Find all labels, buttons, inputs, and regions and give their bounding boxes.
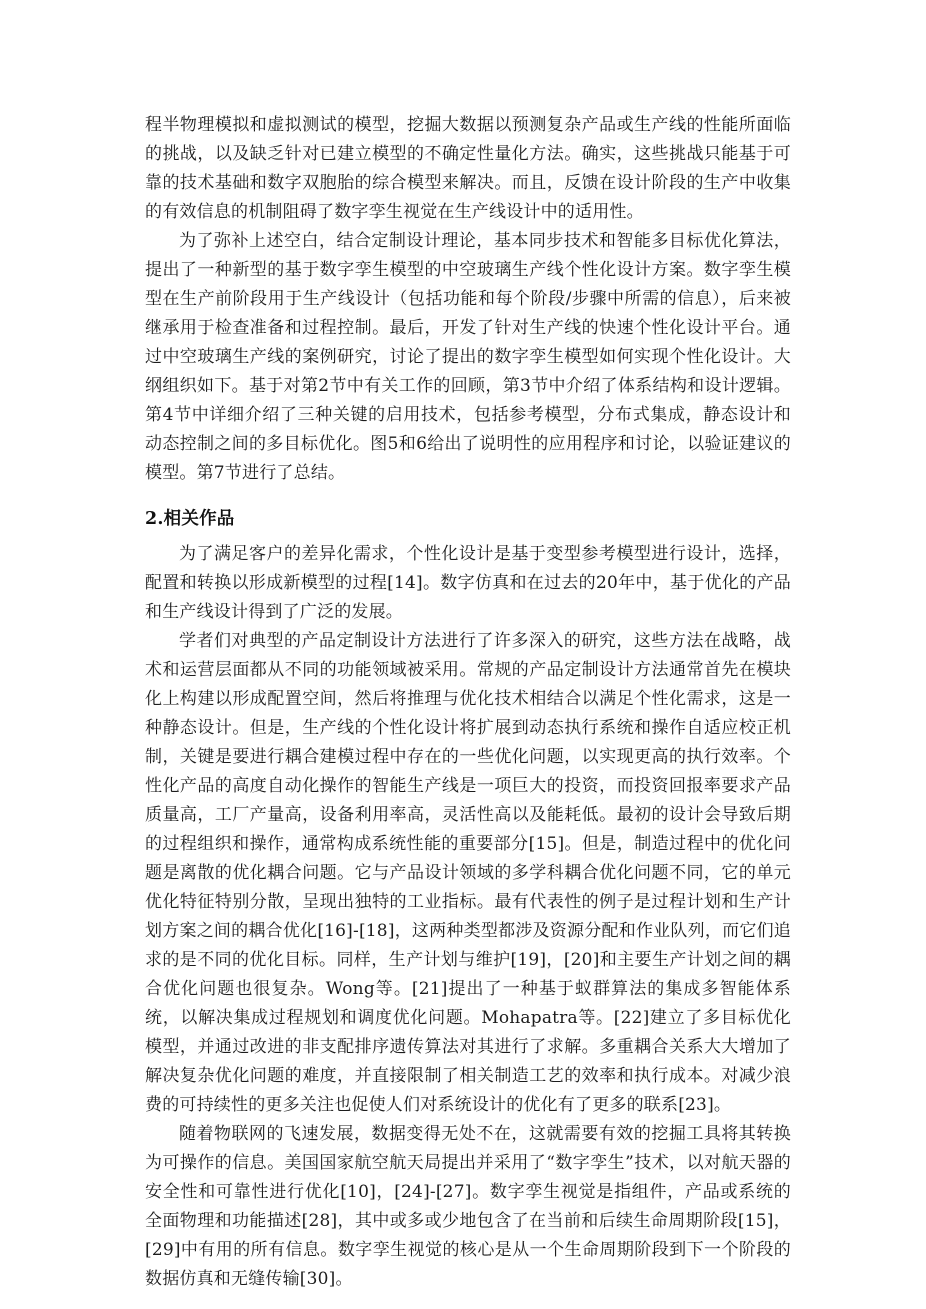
paragraph-personalized-design: 为了满足客户的差异化需求，个性化设计是基于变型参考模型进行设计，选择，配置和转换…: [145, 540, 791, 627]
paragraph-digital-twin-iot: 随着物联网的飞速发展，数据变得无处不在，这就需要有效的挖掘工具将其转换为可操作的…: [145, 1120, 791, 1294]
paragraph-intro-proposal: 为了弥补上述空白，结合定制设计理论，基本同步技术和智能多目标优化算法，提出了一种…: [145, 227, 791, 488]
paragraph-customization-research: 学者们对典型的产品定制设计方法进行了许多深入的研究，这些方法在战略，战术和运营层…: [145, 627, 791, 1120]
section-heading-related-work: 2.相关作品: [145, 505, 791, 534]
paragraph-continuation: 程半物理模拟和虚拟测试的模型，挖掘大数据以预测复杂产品或生产线的性能所面临的挑战…: [145, 111, 791, 227]
text-column: 程半物理模拟和虚拟测试的模型，挖掘大数据以预测复杂产品或生产线的性能所面临的挑战…: [145, 111, 791, 1294]
document-page: 程半物理模拟和虚拟测试的模型，挖掘大数据以预测复杂产品或生产线的性能所面临的挑战…: [0, 0, 926, 1309]
